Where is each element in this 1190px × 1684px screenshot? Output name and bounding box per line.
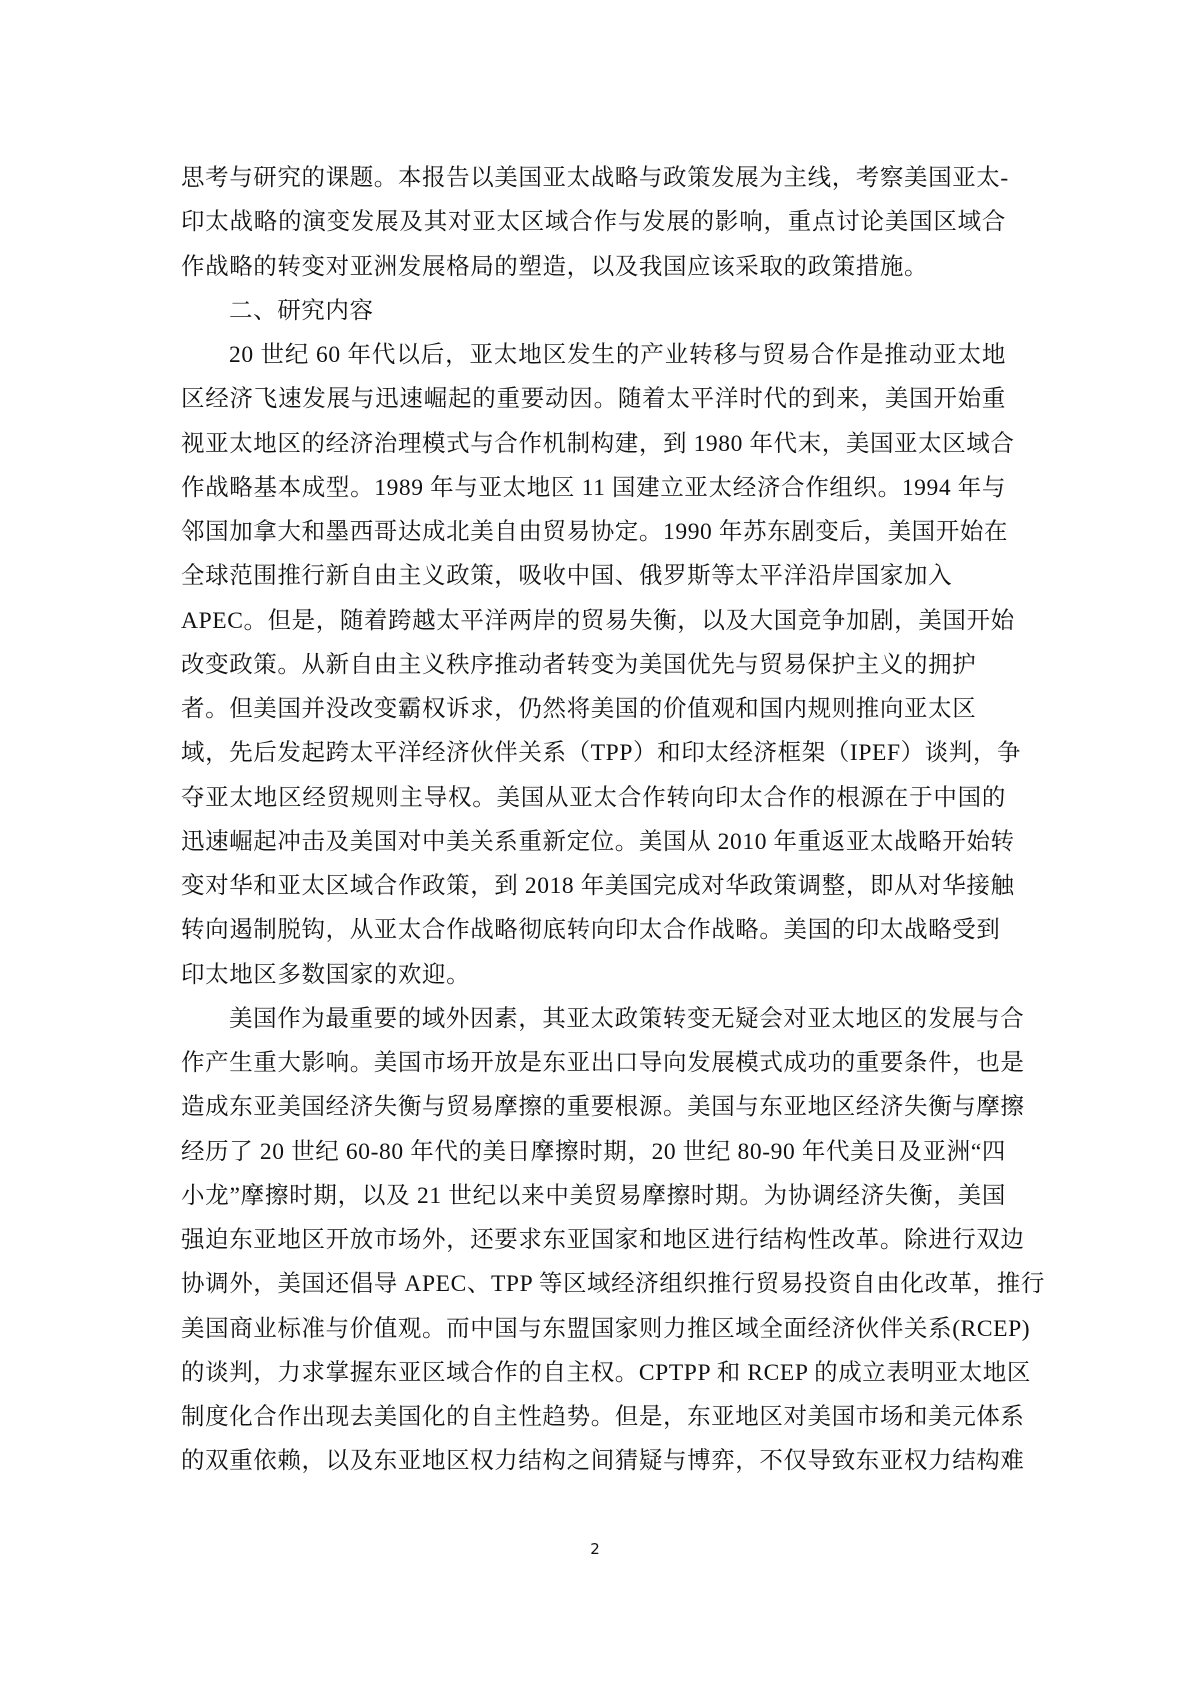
text-line: 作战略基本成型。1989 年与亚太地区 11 国建立亚太经济合作组织。1994 … [181, 466, 1006, 510]
text-line: 全球范围推行新自由主义政策，吸收中国、俄罗斯等太平洋沿岸国家加入 [181, 554, 1006, 598]
text-line: 小龙”摩擦时期，以及 21 世纪以来中美贸易摩擦时期。为协调经济失衡，美国 [181, 1174, 1006, 1218]
text-line: 制度化合作出现去美国化的自主性趋势。但是，东亚地区对美国市场和美元体系 [181, 1395, 1006, 1439]
text-line: 作产生重大影响。美国市场开放是东亚出口导向发展模式成功的重要条件，也是 [181, 1041, 1006, 1085]
text-line: 作战略的转变对亚洲发展格局的塑造，以及我国应该采取的政策措施。 [181, 245, 1006, 289]
text-line: 印太地区多数国家的欢迎。 [181, 953, 1006, 997]
text-line: 美国商业标准与价值观。而中国与东盟国家则力推区域全面经济伙伴关系(RCEP) [181, 1307, 1006, 1351]
text-line: 者。但美国并没改变霸权诉求，仍然将美国的价值观和国内规则推向亚太区 [181, 687, 1006, 731]
text-line: 的双重依赖，以及东亚地区权力结构之间猜疑与博弈，不仅导致东亚权力结构难 [181, 1439, 1006, 1483]
text-line: 的谈判，力求掌握东亚区域合作的自主权。CPTPP 和 RCEP 的成立表明亚太地… [181, 1351, 1006, 1395]
text-line: 20 世纪 60 年代以后，亚太地区发生的产业转移与贸易合作是推动亚太地 [181, 333, 1006, 377]
page-number: 2 [0, 1540, 1190, 1558]
text-line: 改变政策。从新自由主义秩序推动者转变为美国优先与贸易保护主义的拥护 [181, 643, 1006, 687]
text-line: 域，先后发起跨太平洋经济伙伴关系（TPP）和印太经济框架（IPEF）谈判，争 [181, 731, 1006, 775]
text-line: 区经济飞速发展与迅速崛起的重要动因。随着太平洋时代的到来，美国开始重 [181, 377, 1006, 421]
text-line: 协调外，美国还倡导 APEC、TPP 等区域经济组织推行贸易投资自由化改革，推行 [181, 1262, 1006, 1306]
text-line: 经历了 20 世纪 60-80 年代的美日摩擦时期，20 世纪 80-90 年代… [181, 1130, 1006, 1174]
text-line: 强迫东亚地区开放市场外，还要求东亚国家和地区进行结构性改革。除进行双边 [181, 1218, 1006, 1262]
document-page: 思考与研究的课题。本报告以美国亚太战略与政策发展为主线，考察美国亚太-印太战略的… [0, 0, 1190, 1684]
text-line: 转向遏制脱钩，从亚太合作战略彻底转向印太合作战略。美国的印太战略受到 [181, 908, 1006, 952]
text-line: 美国作为最重要的域外因素，其亚太政策转变无疑会对亚太地区的发展与合 [181, 997, 1006, 1041]
text-line: 夺亚太地区经贸规则主导权。美国从亚太合作转向印太合作的根源在于中国的 [181, 776, 1006, 820]
text-line: APEC。但是，随着跨越太平洋两岸的贸易失衡，以及大国竞争加剧，美国开始 [181, 599, 1006, 643]
text-line: 造成东亚美国经济失衡与贸易摩擦的重要根源。美国与东亚地区经济失衡与摩擦 [181, 1085, 1006, 1129]
text-line: 迅速崛起冲击及美国对中美关系重新定位。美国从 2010 年重返亚太战略开始转 [181, 820, 1006, 864]
section-heading: 二、研究内容 [181, 289, 1006, 333]
text-line: 邻国加拿大和墨西哥达成北美自由贸易协定。1990 年苏东剧变后，美国开始在 [181, 510, 1006, 554]
text-line: 思考与研究的课题。本报告以美国亚太战略与政策发展为主线，考察美国亚太- [181, 156, 1006, 200]
text-line: 变对华和亚太区域合作政策，到 2018 年美国完成对华政策调整，即从对华接触 [181, 864, 1006, 908]
text-line: 印太战略的演变发展及其对亚太区域合作与发展的影响，重点讨论美国区域合 [181, 200, 1006, 244]
body-text: 思考与研究的课题。本报告以美国亚太战略与政策发展为主线，考察美国亚太-印太战略的… [181, 156, 1006, 1484]
text-line: 视亚太地区的经济治理模式与合作机制构建，到 1980 年代末，美国亚太区域合 [181, 422, 1006, 466]
